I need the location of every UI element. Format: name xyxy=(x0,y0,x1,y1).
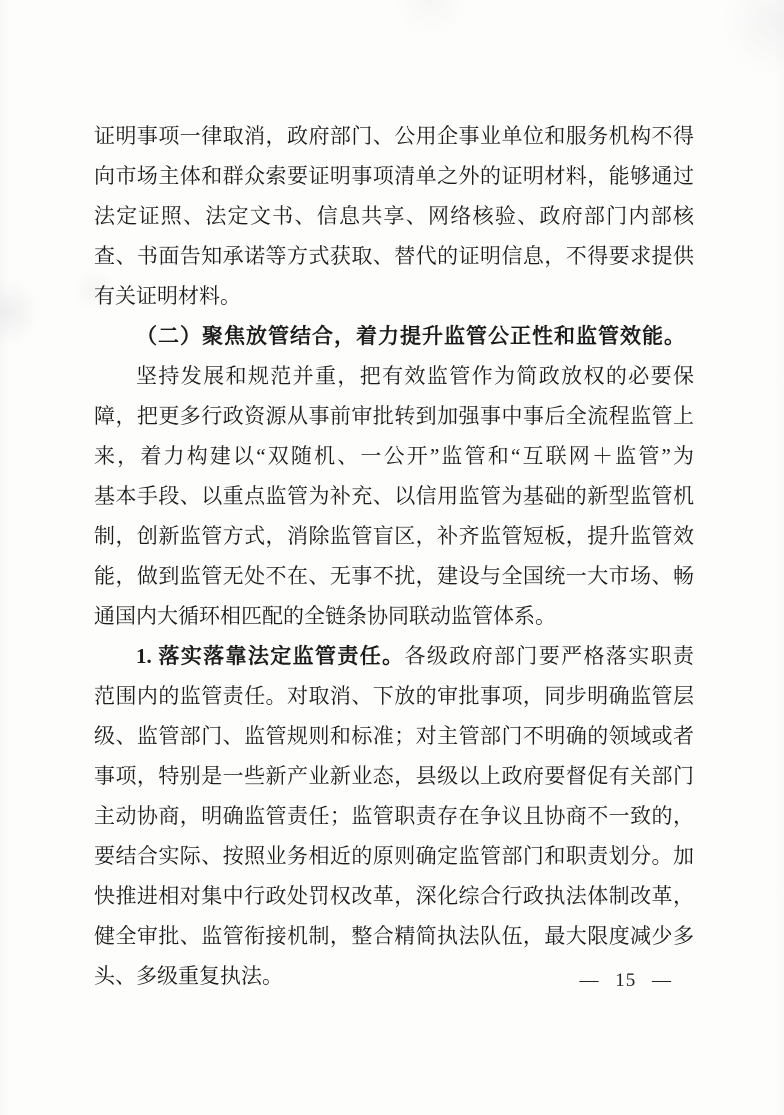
body-line: 来，着力构建以“双随机、一公开”监管和“互联网＋监管”为 xyxy=(94,436,694,476)
body-line: 要结合实际、按照业务相近的原则确定监管部门和职责划分。加 xyxy=(94,836,694,876)
body-line: 事项，特别是一些新产业新业态，县级以上政府要督促有关部门 xyxy=(94,756,694,796)
document-page: 证明事项一律取消，政府部门、公用企事业单位和服务机构不得 向市场主体和群众索要证… xyxy=(0,0,784,1115)
body-line: 范围内的监管责任。对取消、下放的审批事项，同步明确监管层 xyxy=(94,676,694,716)
body-line: 法定证照、法定文书、信息共享、网络核验、政府部门内部核 xyxy=(94,196,694,236)
body-line: 障，把更多行政资源从事前审批转到加强事中事后全流程监管上 xyxy=(94,396,694,436)
body-line: 健全审批、监管衔接机制，整合精简执法队伍，最大限度减少多 xyxy=(94,916,694,956)
body-line: 能，做到监管无处不在、无事不扰，建设与全国统一大市场、畅 xyxy=(94,556,694,596)
body-line: 快推进相对集中行政处罚权改革，深化综合行政执法体制改革， xyxy=(94,876,694,916)
body-line: 通国内大循环相匹配的全链条协同联动监管体系。 xyxy=(94,596,694,636)
text-block: 证明事项一律取消，政府部门、公用企事业单位和服务机构不得 向市场主体和群众索要证… xyxy=(94,116,694,996)
page-number: — 15 — xyxy=(580,969,673,993)
body-line: 有关证明材料。 xyxy=(94,276,694,316)
item-first-line-rest: 各级政府部门要严格落实职责 xyxy=(405,644,695,668)
body-line: 主动协商，明确监管责任；监管职责存在争议且协商不一致的， xyxy=(94,796,694,836)
body-line: 制，创新监管方式，消除监管盲区，补齐监管短板，提升监管效 xyxy=(94,516,694,556)
body-line: 级、监管部门、监管规则和标准；对主管部门不明确的领域或者 xyxy=(94,716,694,756)
item1-first-line: 1. 落实落靠法定监管责任。各级政府部门要严格落实职责 xyxy=(94,636,694,676)
body-line: 坚持发展和规范并重，把有效监管作为简政放权的必要保 xyxy=(94,356,694,396)
section-heading: （二）聚焦放管结合，着力提升监管公正性和监管效能。 xyxy=(94,316,694,356)
item-lead-bold: 落实落靠法定监管责任。 xyxy=(158,644,404,668)
body-line: 证明事项一律取消，政府部门、公用企事业单位和服务机构不得 xyxy=(94,116,694,156)
item-number: 1. xyxy=(136,644,158,668)
body-line: 向市场主体和群众索要证明事项清单之外的证明材料，能够通过 xyxy=(94,156,694,196)
body-line: 查、书面告知承诺等方式获取、替代的证明信息，不得要求提供 xyxy=(94,236,694,276)
body-line: 基本手段、以重点监管为补充、以信用监管为基础的新型监管机 xyxy=(94,476,694,516)
